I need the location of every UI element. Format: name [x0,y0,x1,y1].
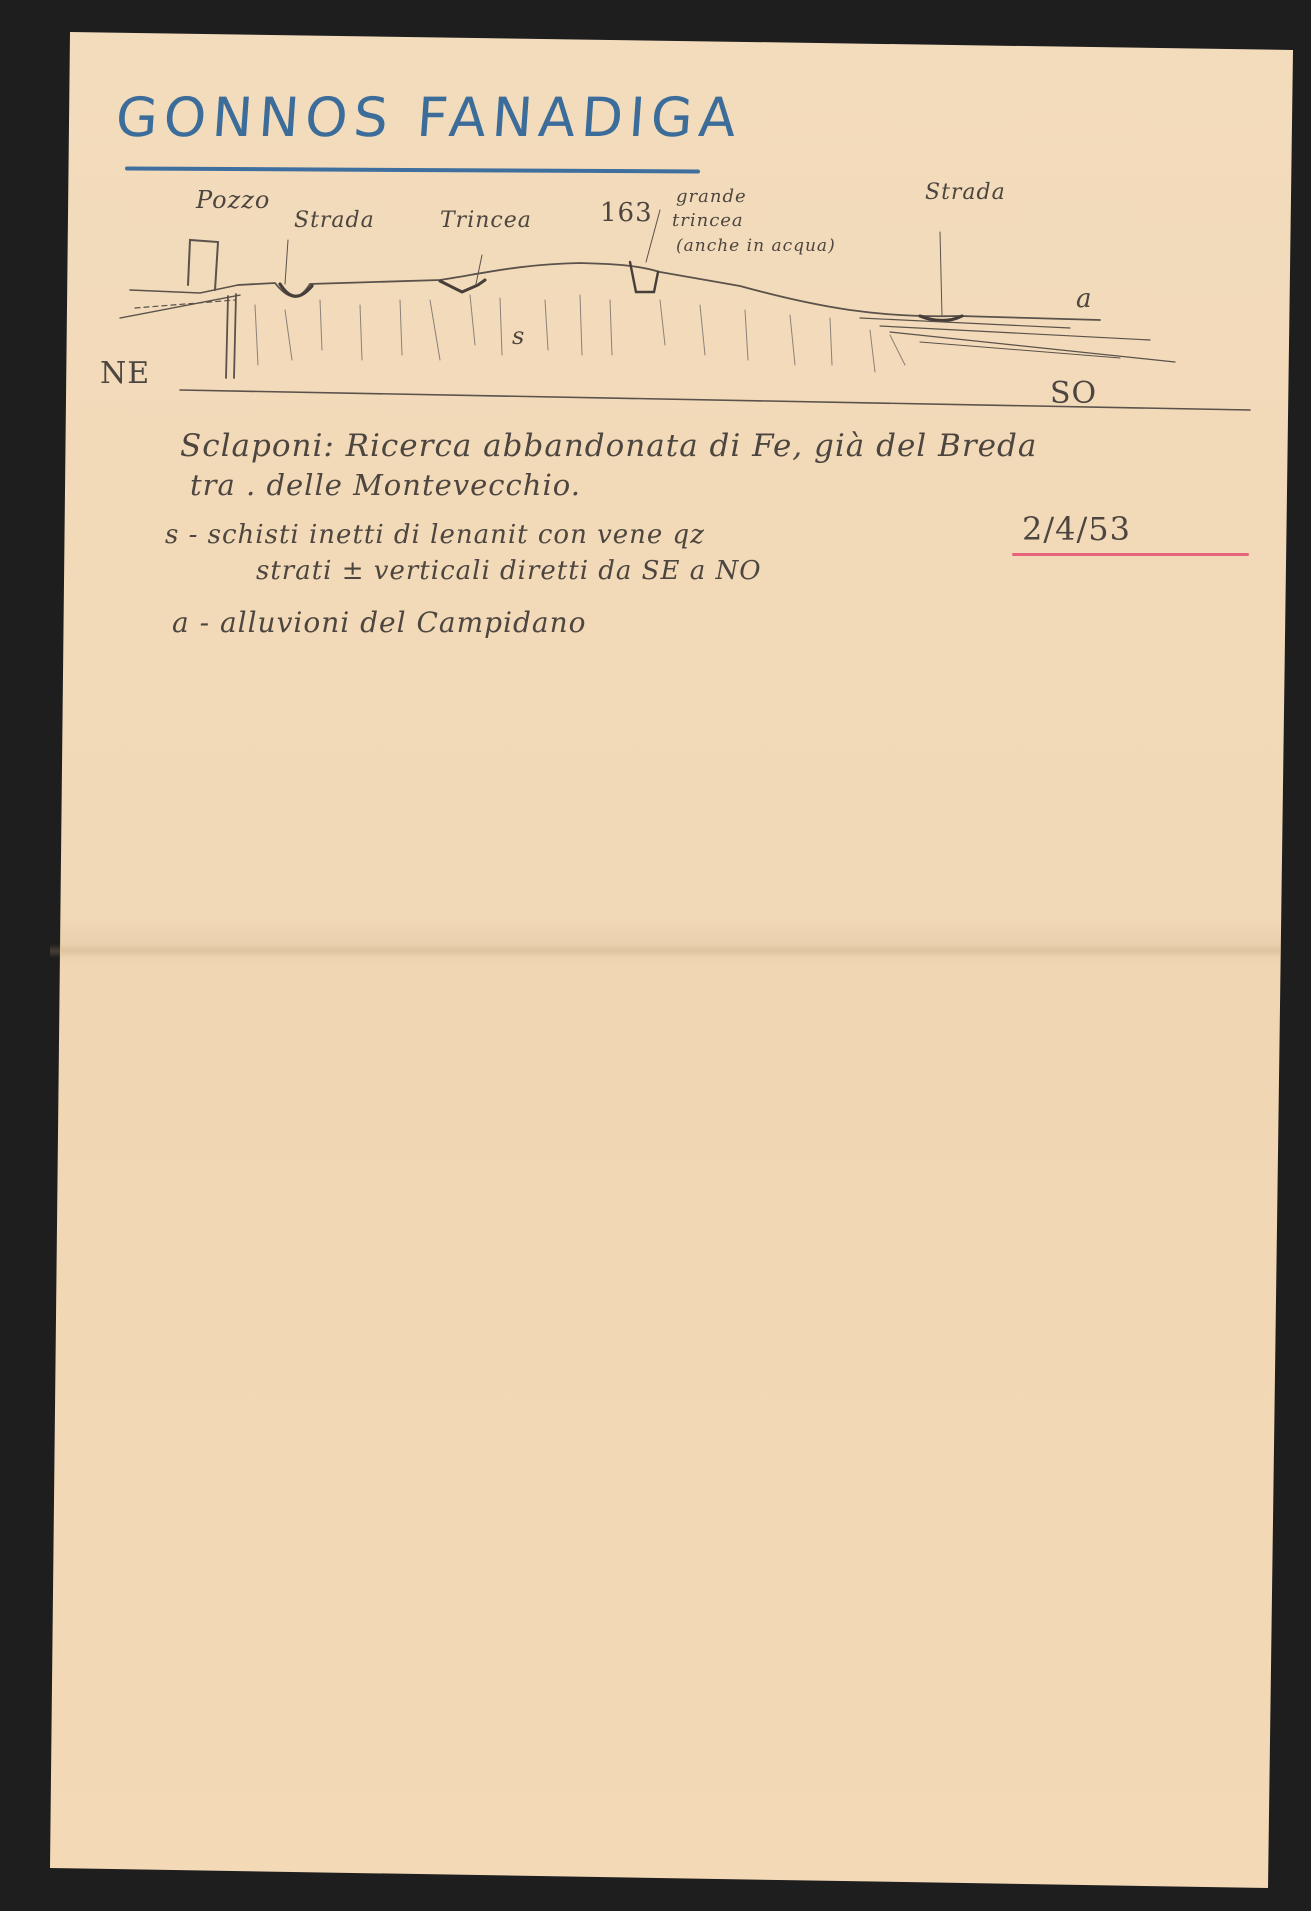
label-elevation: 163 [600,198,653,228]
label-s: s [512,322,525,350]
label-a: a [1076,284,1093,314]
label-strada-1: Strada [294,208,375,233]
label-pozzo: Pozzo [196,186,270,214]
note-line-1: Sclaponi: Ricerca abbandonata di Fe, già… [180,428,1037,464]
label-ne: NE [100,356,150,391]
label-grande-3: (anche in acqua) [676,236,836,256]
date-underline [1012,553,1249,556]
label-so: SO [1050,376,1097,411]
legend-s-line-2: strati ± verticali diretti da SE a NO [256,556,762,586]
legend-a: a - alluvioni del Campidano [172,606,587,639]
legend-s-line-1: s - schisti inetti di lenanit con vene q… [165,520,705,550]
label-grande-1: grande [676,186,747,207]
geological-cross-section [0,0,1311,1911]
label-strada-2: Strada [925,180,1006,205]
label-grande-2: trincea [672,210,744,231]
note-line-2: tra . delle Montevecchio. [190,468,581,502]
label-trincea: Trincea [440,208,532,233]
date: 2/4/53 [1022,510,1131,548]
